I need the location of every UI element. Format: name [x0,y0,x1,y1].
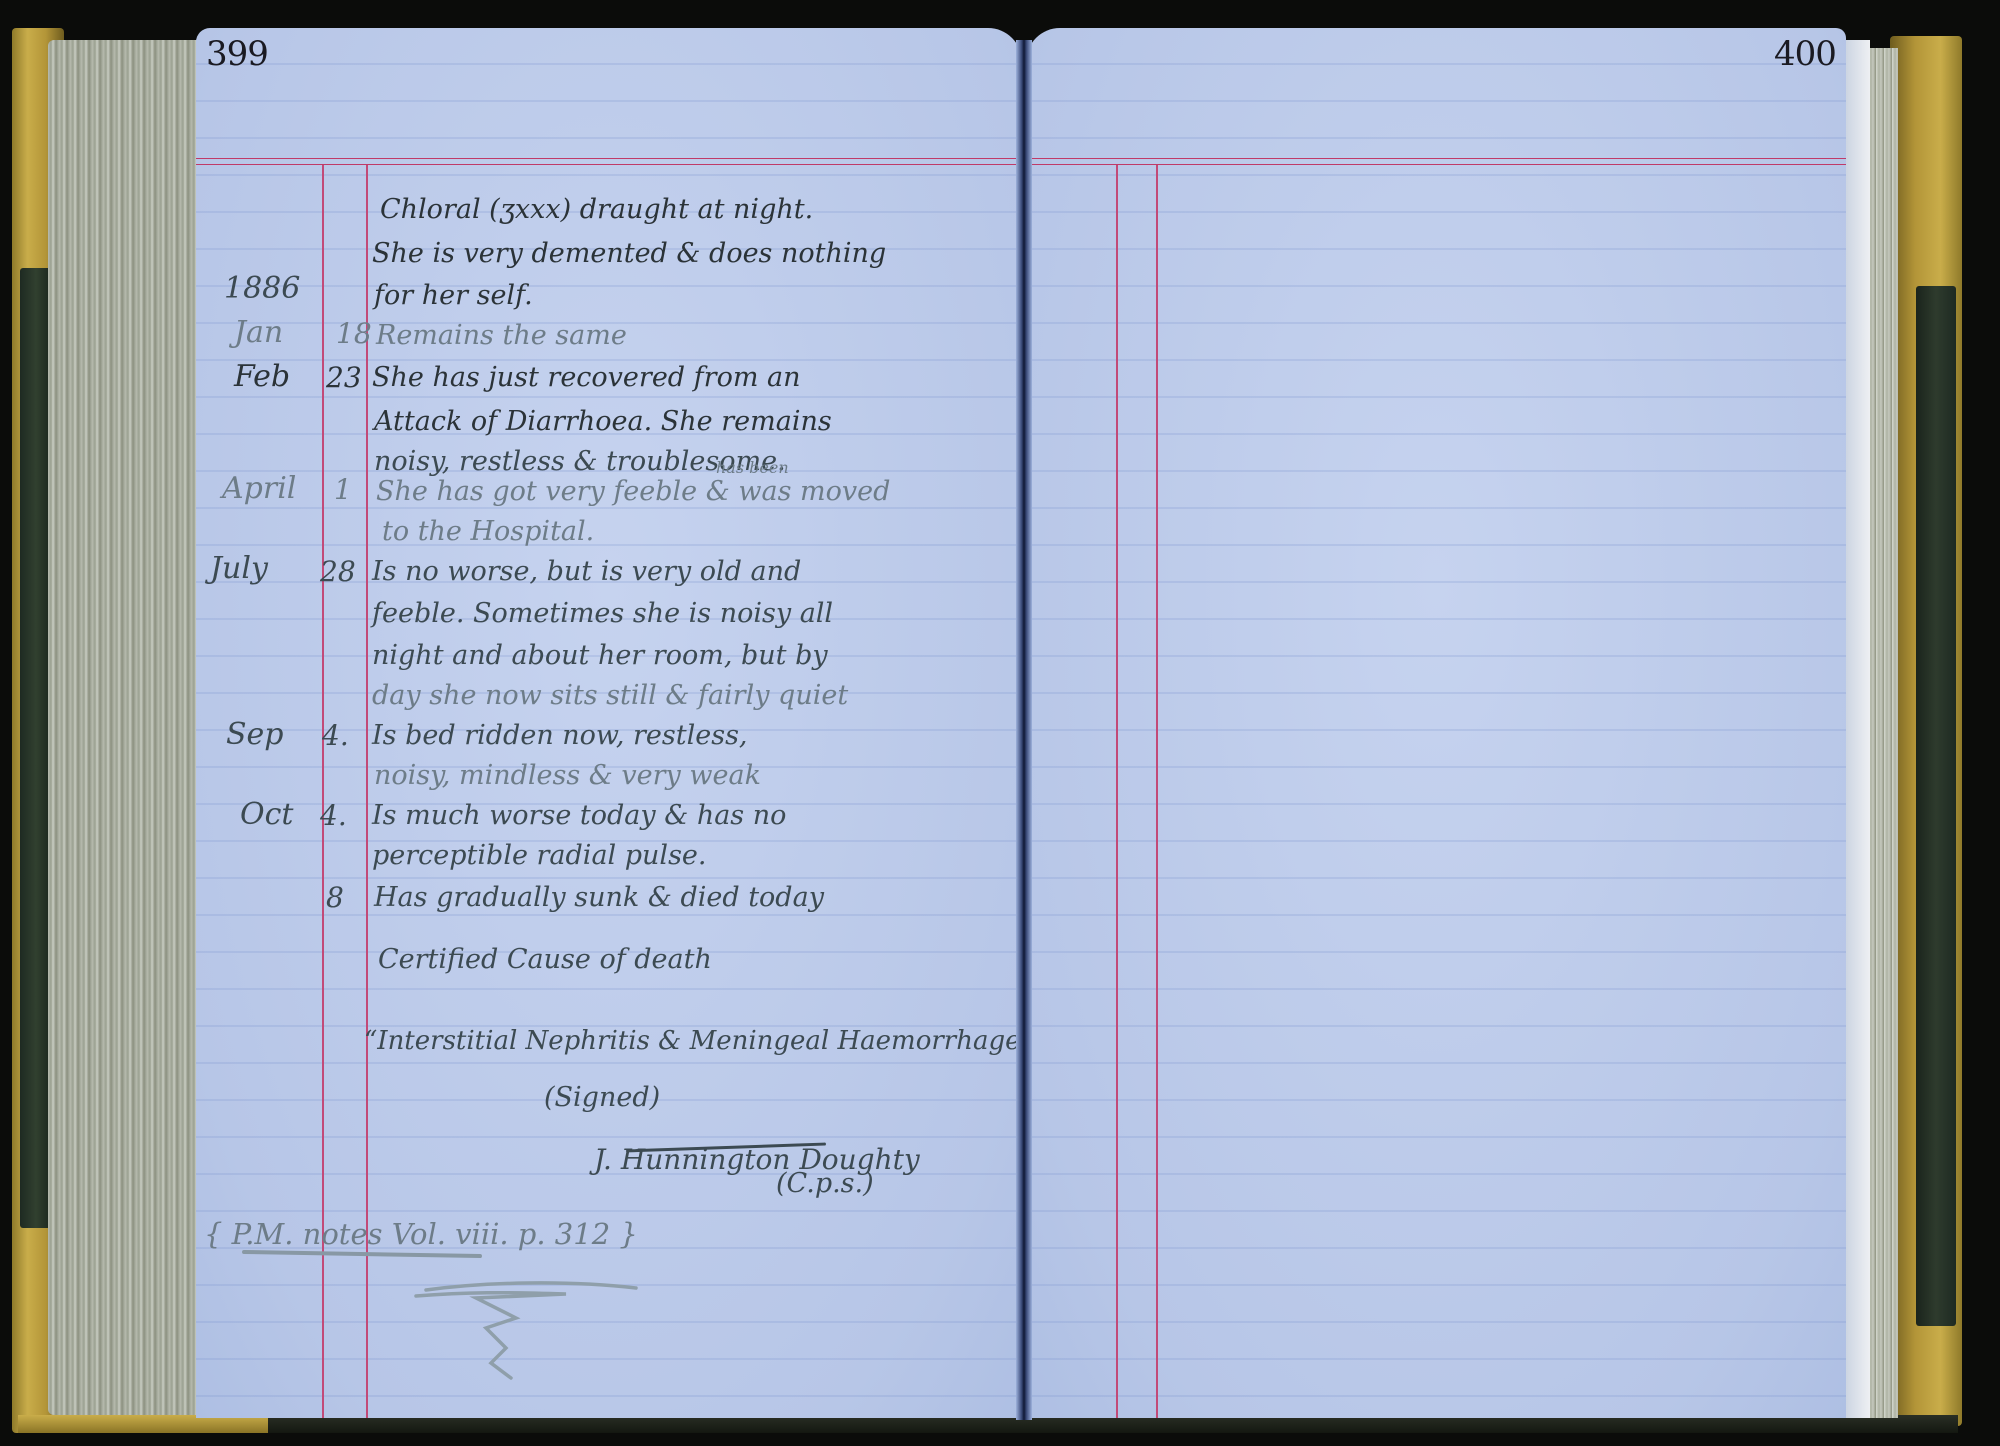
entry-day: 28 [320,558,356,586]
entry-line: for her self. [374,282,533,309]
page-stack-right [1868,48,1898,1418]
pm-notes-reference: { P.M. notes Vol. viii. p. 312 } [204,1220,638,1249]
certified-cause-label: Certified Cause of death [378,946,712,973]
entry-month: Jan [234,318,283,348]
entry-day: 4. [322,722,349,750]
entry-month: Sep [226,720,284,750]
entry-day: 8 [326,884,344,912]
header-rule [1026,158,1846,165]
entry-line: day she now sits still & fairly quiet [372,682,848,709]
entry-line: Chloral (ʒxxx) draught at night. [380,196,813,223]
entry-line: Attack of Diarrhoea. She remains [374,408,832,435]
ledger-spread: 399 Chloral (ʒxxx) draught at night. She… [0,0,2000,1446]
date-column-rule [1116,165,1118,1418]
entry-day: 1 [334,476,352,504]
entry-line: Is much worse today & has no [372,802,786,829]
entry-line: perceptible radial pulse. [372,842,706,869]
right-page-number: 400 [1774,34,1836,74]
entry-day: 4. [320,802,347,830]
entry-line: Is no worse, but is very old and [372,558,801,585]
entry-line: She has got very feeble & was moved [376,478,890,505]
signature-suffix: (C.p.s.) [776,1170,874,1197]
signed-label: (Signed) [544,1084,660,1111]
entry-line: Has gradually sunk & died today [374,884,824,911]
pm-underline [242,1250,482,1258]
entry-line: feeble. Sometimes she is noisy all [372,600,833,627]
entry-month: July [210,554,268,584]
entry-line: Is bed ridden now, restless, [372,722,748,749]
entry-line: She has just recovered from an [372,364,801,391]
day-column-rule [1156,165,1158,1418]
certified-cause: “Interstitial Nephritis & Meningeal Haem… [364,1028,1022,1054]
entry-day: 23 [326,364,362,392]
left-page: 399 Chloral (ʒxxx) draught at night. She… [196,28,1022,1418]
header-rule [196,158,1022,165]
pen-flourish-icon [406,1278,646,1388]
entry-month: Feb [234,362,290,392]
entry-month: Oct [240,800,293,830]
entry-line: Remains the same [376,322,627,349]
entry-line: She is very demented & does nothing [372,240,886,267]
entry-line: to the Hospital. [382,518,594,545]
interlinear-insertion: has been [716,460,789,476]
right-page: 400 [1026,28,1846,1418]
left-page-number: 399 [206,34,268,74]
entry-month: April [222,474,296,504]
entry-line: noisy, mindless & very weak [374,762,761,789]
entry-line: night and about her room, but by [372,642,828,669]
book-gutter [1016,40,1032,1420]
year-label: 1886 [224,274,300,304]
cloth-spine-right [1916,286,1956,1326]
entry-day: 18 [336,320,372,348]
page-stack-left [48,40,198,1415]
cover-right-edge [1890,36,1962,1426]
